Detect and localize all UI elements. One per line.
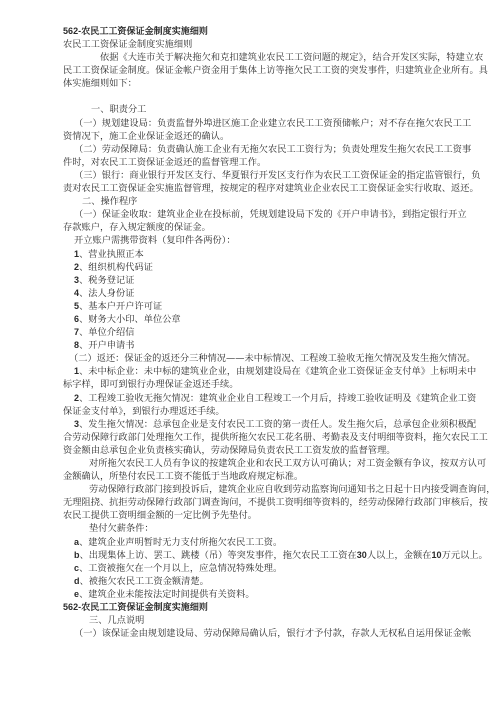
condition-item: c、工资被拖欠在一个月以上，应急情况特殊处理。: [63, 562, 448, 575]
section-heading: 一、职责分工: [63, 103, 448, 116]
material-item: 1、营业执照正本: [63, 248, 448, 261]
case3-line: 合劳动保障行政部门处理拖欠工作，提供所拖欠农民工花名册、考勤表及支付明细等资料，…: [63, 431, 448, 444]
dispute-line: 对所拖欠农民工人员有争议的按建筑企业和农民工双方认可确认；对工资金额有争议，按双…: [63, 457, 448, 470]
condition-item: a、建筑企业声明暂时无力支付所拖欠农民工工资。: [63, 536, 448, 549]
footer-title: 562-农民工工资保证金制度实施细则: [63, 601, 448, 614]
case1-line: 标字样，即可到银行办理保证金返还手续。: [63, 378, 448, 391]
document-title: 农民工工资保证金制度实施细则: [63, 38, 448, 51]
section-heading: 二、操作程序: [63, 195, 448, 208]
case2-line: 保证金支付单》，到银行办理返还手续。: [63, 405, 448, 418]
complaint-line: 劳动保障行政部门接到投诉后，建筑企业应自收到劳动监察询问通知书之日起十日内接受调…: [63, 483, 448, 496]
material-item: 6、财务大小印、单位公章: [63, 313, 448, 326]
advance-heading: 垫付欠薪条件：: [63, 522, 448, 535]
section1-line: 责对农民工工资保证金实施监督管理，按规定的程序对建筑业企业农民工工资保证金实行收…: [63, 182, 448, 195]
document-header-title: 562-农民工工资保证金制度实施细则: [63, 25, 448, 38]
section3-line: （一）该保证金由规划建设局、劳动保障局确认后，银行才予付款，存款人无权私自运用保…: [63, 627, 448, 640]
collect-line: 存款账户，存入规定额度的保证金。: [63, 221, 448, 234]
intro-line: 依据《大连市关于解决拖欠和克扣建筑业农民工工资问题的规定》，结合开发区实际，特建…: [63, 51, 448, 64]
section1-line: 资情况下，施工企业保证金返还的确认。: [63, 130, 448, 143]
paragraph-gap: [63, 90, 448, 103]
condition-item: d、被拖欠农民工工资金额清楚。: [63, 575, 448, 588]
material-item: 7、单位介绍信: [63, 326, 448, 339]
document-page: 562-农民工工资保证金制度实施细则 农民工工资保证金制度实施细则 依据《大连市…: [63, 25, 448, 640]
section1-line: （一）规划建设局：负责监督外埠进区施工企业建立农民工工资预储帐户；对不存在拖欠农…: [63, 117, 448, 130]
case3-line: 资金额由总承包企业负责核实确认，劳动保障局负责农民工工资发放的监督管理。: [63, 444, 448, 457]
section1-line: 件时，对农民工工资保证金返还的监督管理工作。: [63, 156, 448, 169]
section-heading: 三、几点说明: [63, 614, 448, 627]
intro-line: 体实施细则如下：: [63, 77, 448, 90]
section1-line: （三）银行：商业银行开发区支行、华夏银行开发区支行作为农民工工资保证金的指定监管…: [63, 169, 448, 182]
case1-line: 1、未中标企业：未中标的建筑业企业，由规划建设局在《建筑企业工资保证金支付单》上…: [63, 365, 448, 378]
section1-line: （二）劳动保障局：负责确认施工企业有无拖欠农民工工资行为；负责处理发生拖欠农民工…: [63, 143, 448, 156]
return-heading: （二）返还：保证金的返还分三种情况——未中标情况、工程竣工验收无拖欠情况及发生拖…: [63, 352, 448, 365]
case2-line: 2、工程竣工验收无拖欠情况：建筑业企业自工程竣工一个月后，持竣工验收证明及《建筑…: [63, 392, 448, 405]
condition-item: b、出现集体上访、罢工、跳楼（吊）等突发事件，拖欠农民工工资在30人以上，金额在…: [63, 549, 448, 562]
material-item: 3、税务登记证: [63, 274, 448, 287]
dispute-line: 金额确认，所垫付农民工工资不能低于当地政府规定标准。: [63, 470, 448, 483]
material-item: 5、基本户开户许可证: [63, 300, 448, 313]
complaint-line: 无理阻挠、抗拒劳动保障行政部门调查询问，不提供工资明细等资料的，经劳动保障行政部…: [63, 496, 448, 509]
intro-line: 民工工资保证金制度。保证金帐户资金用于集体上访等拖欠民工工资的突发事件，归建筑业…: [63, 64, 448, 77]
collect-line: （一）保证金收取：建筑业企业在投标前，凭规划建设局下发的《开户申请书》，到指定银…: [63, 208, 448, 221]
case3-line: 3、发生拖欠情况：总承包企业是支付农民工工资的第一责任人。发生拖欠后，总承包企业…: [63, 418, 448, 431]
material-item: 8、开户申请书: [63, 339, 448, 352]
complaint-line: 农民工提供工资明细金额的一定比例予先垫付。: [63, 509, 448, 522]
material-item: 4、法人身份证: [63, 287, 448, 300]
material-item: 2、组织机构代码证: [63, 261, 448, 274]
materials-intro: 开立账户需携带资料（复印件各两份）：: [63, 234, 448, 247]
condition-item: e、建筑企业未能按法定时间提供有关资料。: [63, 588, 448, 601]
